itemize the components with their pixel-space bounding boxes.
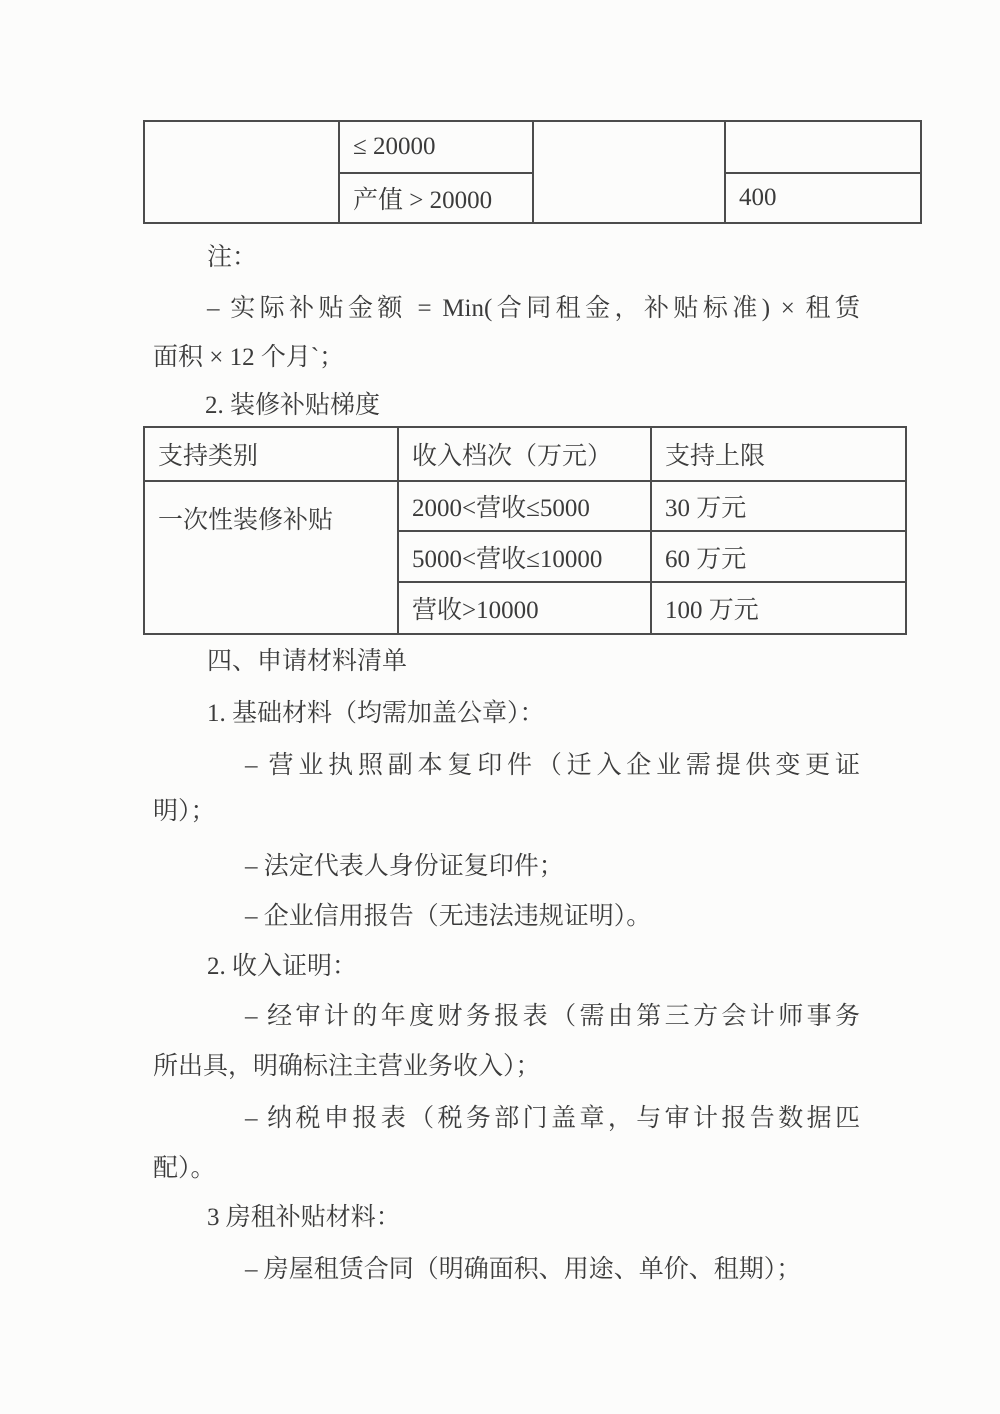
decoration-subsidy-table: 支持类别 收入档次（万元） 支持上限 一次性装修补贴 2000<营收≤5000 … [143, 426, 907, 635]
note-label: 注： [207, 242, 257, 273]
item2-sub1-line-2: 所出具，明确标注主营业务收入）； [153, 1051, 541, 1082]
item1-heading: 1. 基础材料（均需加盖公章）： [207, 698, 545, 729]
item3-heading: 3 房租补贴材料： [207, 1202, 401, 1233]
table-cell-amount-empty [725, 121, 921, 173]
table-cell-spacer-empty [533, 121, 725, 223]
section-heading-materials-list: 四、申请材料清单 [207, 646, 407, 677]
header-cell-income-band: 收入档次（万元） [398, 427, 651, 481]
header-cell-support-type: 支持类别 [144, 427, 398, 481]
note-formula-line-2: 面积 × 12 个月`； [153, 342, 344, 373]
table-cell-band: 营收>10000 [398, 582, 651, 634]
continuation-table: ≤ 20000 产值 > 20000 400 [143, 120, 922, 224]
table-cell-band: 5000<营收≤10000 [398, 531, 651, 582]
table-cell-band-1: ≤ 20000 [339, 121, 533, 173]
item1-sub1-line-2: 明）； [153, 796, 216, 827]
table-cell-category: 一次性装修补贴 [144, 481, 398, 634]
table-cell-category-empty [144, 121, 339, 223]
item2-heading: 2. 收入证明： [207, 951, 357, 982]
item1-sub3: – 企业信用报告（无违法违规证明）。 [245, 901, 651, 932]
table-cell-amount-400: 400 [725, 173, 921, 223]
note-formula-line-1: – 实际补贴金额 = Min(合同租金，补贴标准) × 租赁 [207, 293, 860, 324]
table-row: 一次性装修补贴 2000<营收≤5000 30 万元 [144, 481, 906, 531]
table-cell-cap: 60 万元 [651, 531, 906, 582]
item2-sub1-line-1: – 经审计的年度财务报表（需由第三方会计师事务 [245, 1001, 860, 1032]
table-cell-cap: 100 万元 [651, 582, 906, 634]
item2-sub2-line-1: – 纳税申报表（税务部门盖章，与审计报告数据匹 [245, 1103, 860, 1134]
table-cell-cap: 30 万元 [651, 481, 906, 531]
table-header-row: 支持类别 收入档次（万元） 支持上限 [144, 427, 906, 481]
table-row: ≤ 20000 [144, 121, 921, 173]
table-cell-band: 2000<营收≤5000 [398, 481, 651, 531]
item2-sub2-line-2: 配）。 [153, 1153, 216, 1184]
table-cell-band-2: 产值 > 20000 [339, 173, 533, 223]
item1-sub1-line-1: – 营业执照副本复印件（迁入企业需提供变更证 [245, 750, 860, 781]
item3-sub1: – 房屋租赁合同（明确面积、用途、单价、租期）； [245, 1254, 801, 1285]
section-heading-decoration-subsidy: 2. 装修补贴梯度 [205, 390, 380, 421]
header-cell-support-cap: 支持上限 [651, 427, 906, 481]
item1-sub2: – 法定代表人身份证复印件； [245, 851, 564, 882]
document-page: ≤ 20000 产值 > 20000 400 注： – 实际补贴金额 = Min… [0, 0, 1000, 1414]
